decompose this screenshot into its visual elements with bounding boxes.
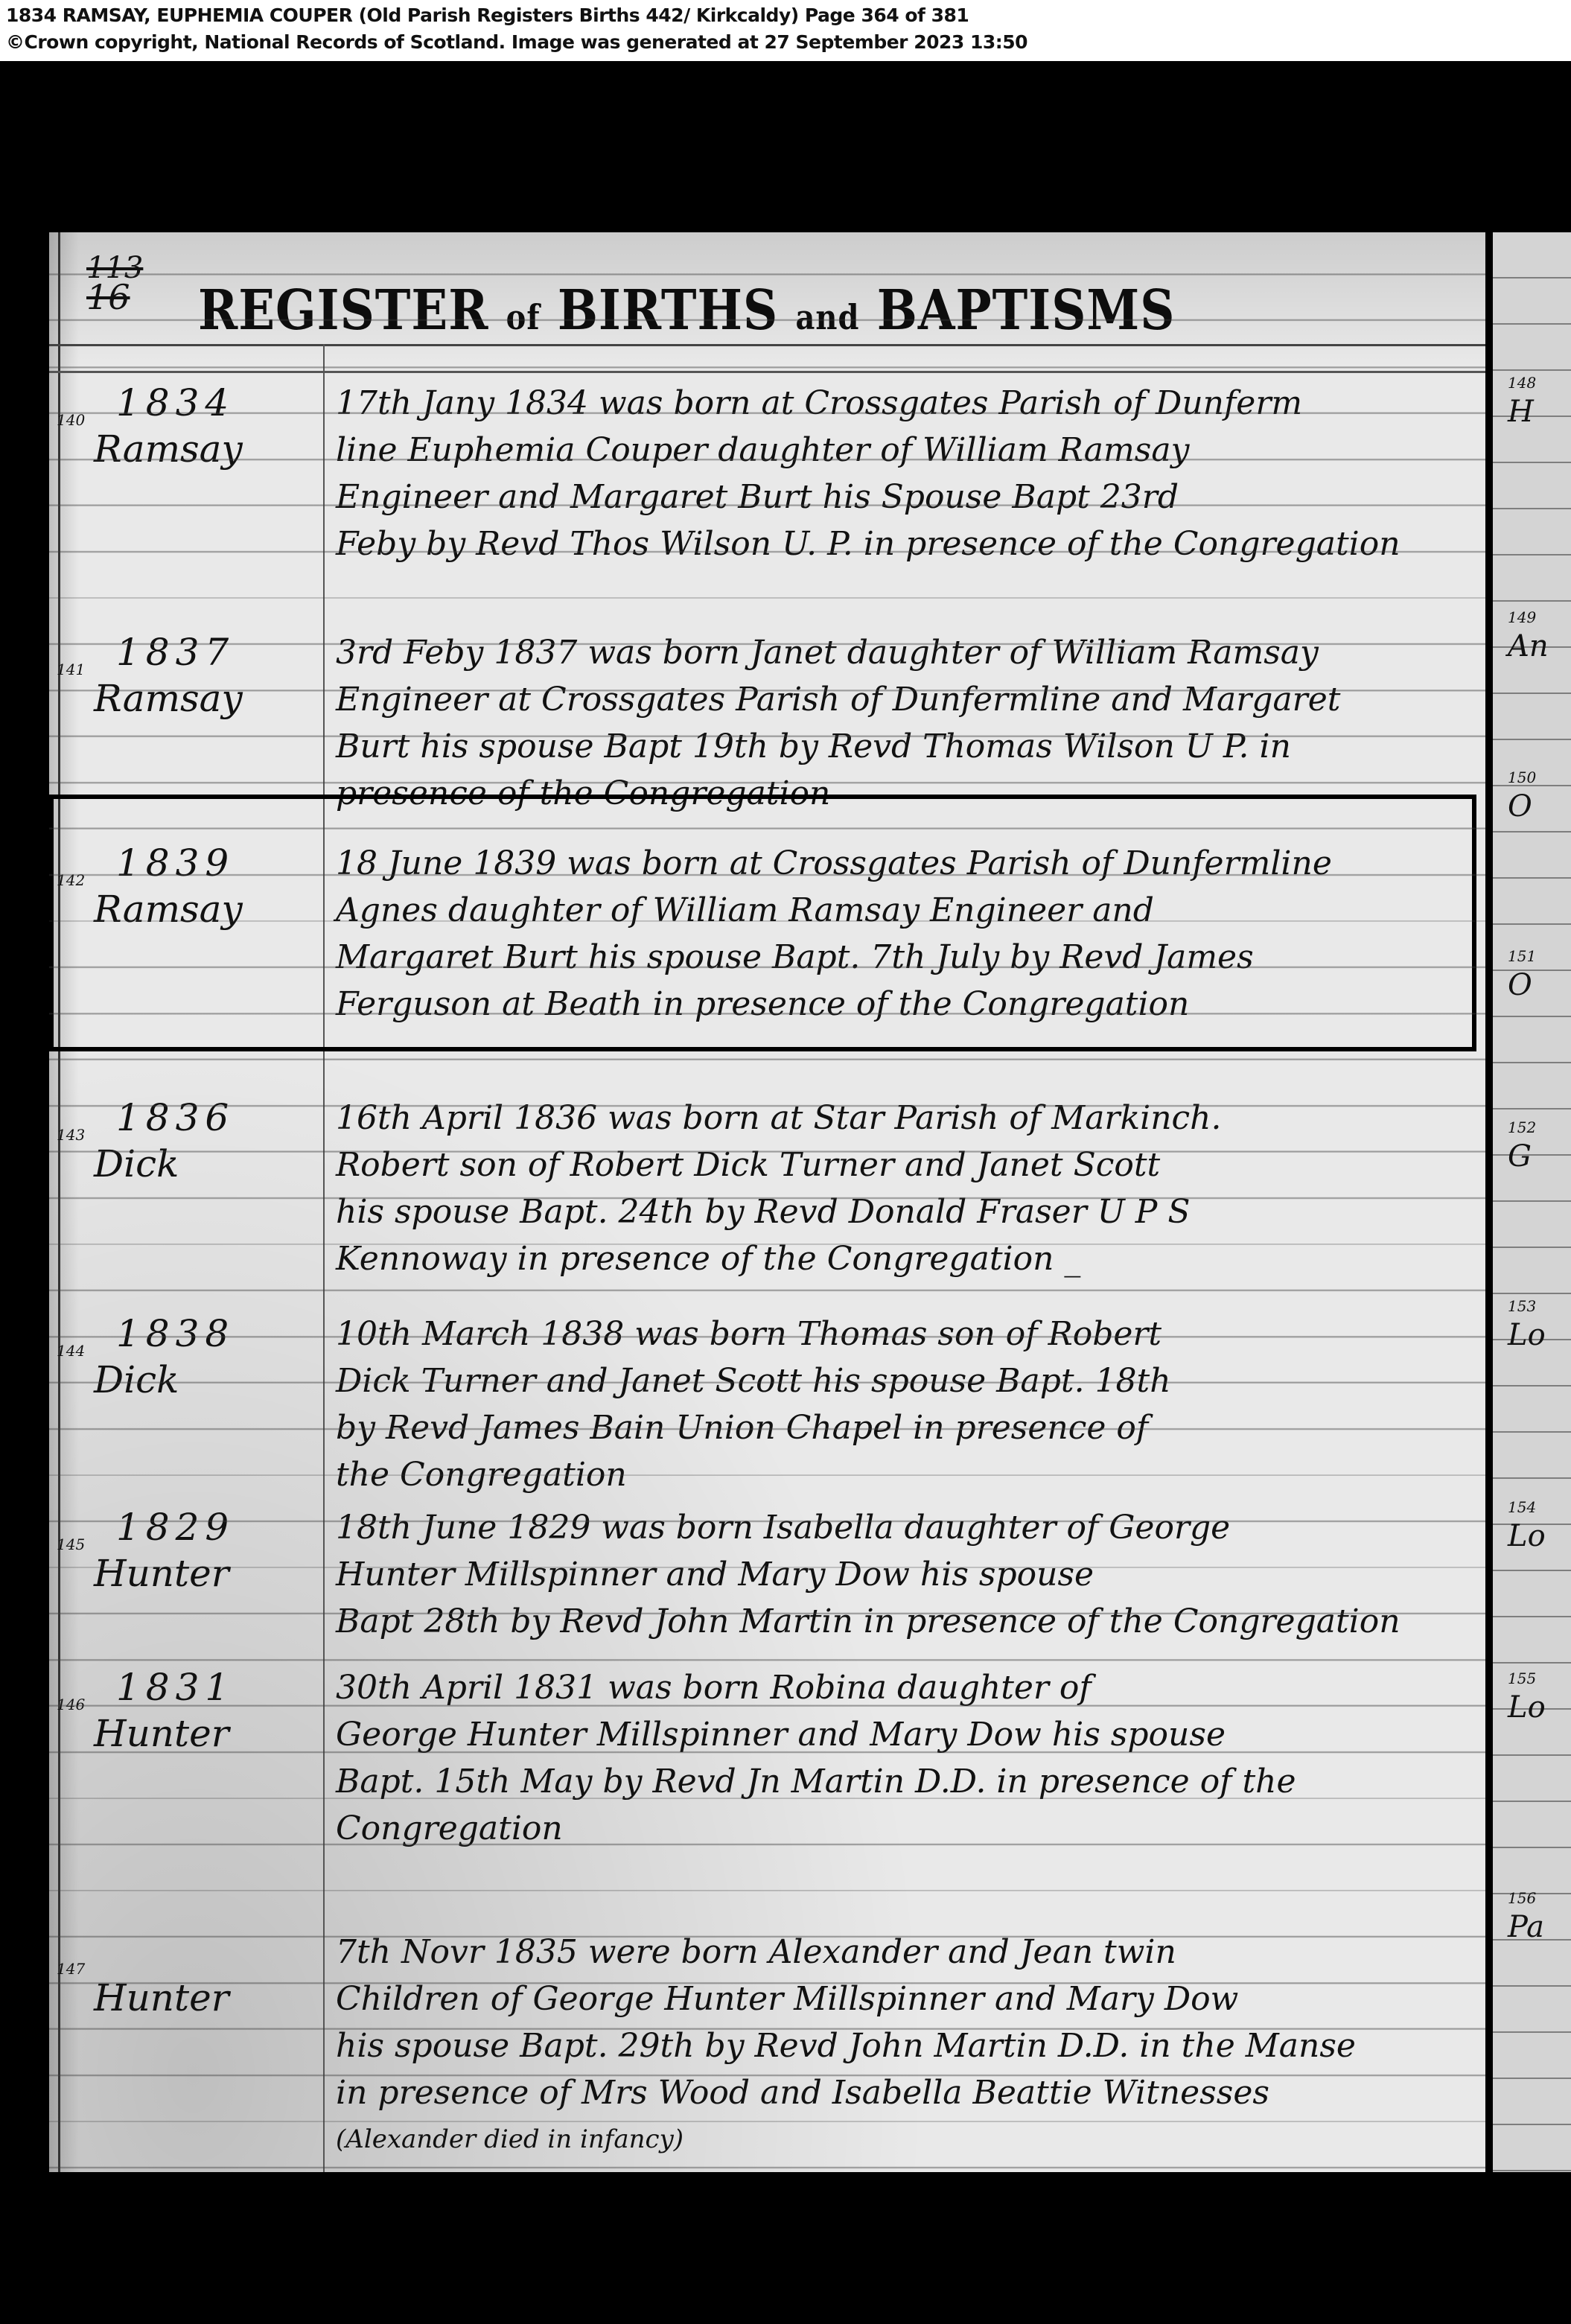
- header-rule: [49, 344, 1490, 346]
- adjacent-entry-surname-fragment: Lo: [1508, 1318, 1546, 1352]
- title-word-register: REGISTER: [198, 278, 488, 343]
- adjacent-entry-number: 149: [1508, 608, 1549, 626]
- entry-line: Kennoway in presence of the Congregation…: [336, 1235, 1475, 1282]
- entry-number: 140: [57, 411, 85, 429]
- record-title: 1834 RAMSAY, EUPHEMIA COUPER (Old Parish…: [6, 4, 969, 26]
- entry-line: Feby by Revd Thos Wilson U. P. in presen…: [336, 520, 1475, 567]
- adjacent-entry-surname-fragment: O: [1508, 968, 1536, 1002]
- entry-line: Bapt 28th by Revd John Martin in presenc…: [336, 1598, 1475, 1645]
- register-page: 113 16 REGISTER of BIRTHS and BAPTISMS 1…: [49, 232, 1490, 2172]
- adjacent-entry: 152G: [1508, 1118, 1536, 1174]
- record-header: 1834 RAMSAY, EUPHEMIA COUPER (Old Parish…: [0, 0, 1571, 61]
- adjacent-entry-number: 156: [1508, 1889, 1544, 1907]
- entry-line: 7th Novr 1835 were born Alexander and Je…: [336, 1929, 1475, 1976]
- entry-line: Hunter Millspinner and Mary Dow his spou…: [336, 1551, 1475, 1598]
- entry-text: 30th April 1831 was born Robina daughter…: [336, 1664, 1475, 1852]
- entry-line: Bapt. 15th May by Revd Jn Martin D.D. in…: [336, 1758, 1475, 1805]
- entry-text: 18th June 1829 was born Isabella daughte…: [336, 1504, 1475, 1645]
- adjacent-entry-number: 148: [1508, 374, 1536, 392]
- adjacent-page: 148H149An150O151O152G153Lo154Lo155Lo156P…: [1493, 232, 1571, 2172]
- entry-line: by Revd James Bain Union Chapel in prese…: [336, 1404, 1475, 1451]
- entry-line: in presence of Mrs Wood and Isabella Bea…: [336, 2069, 1475, 2116]
- entry-line: 10th March 1838 was born Thomas son of R…: [336, 1311, 1475, 1357]
- adjacent-entry: 148H: [1508, 374, 1536, 429]
- entry-line: 18th June 1829 was born Isabella daughte…: [336, 1504, 1475, 1551]
- adjacent-entry-surname-fragment: Lo: [1508, 1519, 1546, 1553]
- entry-year: 1829: [116, 1506, 235, 1549]
- entry-surname: Hunter: [94, 1976, 229, 2019]
- title-word-and: and: [796, 297, 860, 337]
- adjacent-entry: 154Lo: [1508, 1498, 1546, 1553]
- entry-line: Robert son of Robert Dick Turner and Jan…: [336, 1142, 1475, 1188]
- copyright-notice: ©Crown copyright, National Records of Sc…: [6, 31, 1027, 53]
- entry-number: 145: [57, 1535, 85, 1553]
- entry-number: 144: [57, 1342, 85, 1360]
- folio-number: 113 16: [86, 253, 143, 314]
- entry-surname: Ramsay: [94, 677, 243, 720]
- entry-line: the Congregation: [336, 1451, 1475, 1498]
- entry-year: 1837: [116, 631, 235, 674]
- entry-surname: Hunter: [94, 1552, 229, 1595]
- entry-year: 1834: [116, 381, 235, 424]
- entry-line: 16th April 1836 was born at Star Parish …: [336, 1095, 1475, 1142]
- header-rule-secondary: [49, 371, 1490, 373]
- entry-surname: Dick: [94, 1358, 179, 1401]
- page-left-rule: [58, 232, 60, 2172]
- adjacent-entry-number: 150: [1508, 768, 1536, 786]
- highlighted-entry-box: [49, 795, 1476, 1051]
- entry-text: 16th April 1836 was born at Star Parish …: [336, 1095, 1475, 1282]
- entry-line: Engineer and Margaret Burt his Spouse Ba…: [336, 474, 1475, 520]
- adjacent-entry-number: 153: [1508, 1297, 1546, 1315]
- entry-line: Dick Turner and Janet Scott his spouse B…: [336, 1357, 1475, 1404]
- adjacent-entry-number: 151: [1508, 947, 1536, 965]
- entry-surname: Ramsay: [94, 427, 243, 471]
- entry-year: 1836: [116, 1096, 235, 1139]
- entry-text: 10th March 1838 was born Thomas son of R…: [336, 1311, 1475, 1498]
- adjacent-entry-surname-fragment: An: [1508, 629, 1549, 663]
- entry-line: Engineer at Crossgates Parish of Dunferm…: [336, 676, 1475, 723]
- entry-line: Burt his spouse Bapt 19th by Revd Thomas…: [336, 723, 1475, 770]
- entry-note: (Alexander died in infancy): [336, 2116, 1475, 2163]
- entry-surname: Dick: [94, 1142, 179, 1185]
- entry-text: 7th Novr 1835 were born Alexander and Je…: [336, 1929, 1475, 2163]
- page-title: REGISTER of BIRTHS and BAPTISMS: [198, 278, 1175, 343]
- adjacent-entry-surname-fragment: O: [1508, 789, 1536, 824]
- column-divider: [323, 344, 325, 2172]
- entry-number: 147: [57, 1960, 85, 1978]
- adjacent-entry-number: 155: [1508, 1669, 1546, 1687]
- entry-line: 30th April 1831 was born Robina daughter…: [336, 1664, 1475, 1711]
- entry-line: 3rd Feby 1837 was born Janet daughter of…: [336, 629, 1475, 676]
- adjacent-entry: 155Lo: [1508, 1669, 1546, 1725]
- entry-line: line Euphemia Couper daughter of William…: [336, 427, 1475, 474]
- title-word-births: BIRTHS: [558, 278, 778, 343]
- adjacent-entry-number: 154: [1508, 1498, 1546, 1516]
- entry-text: 3rd Feby 1837 was born Janet daughter of…: [336, 629, 1475, 817]
- entry-year: 1838: [116, 1312, 235, 1355]
- entry-line: George Hunter Millspinner and Mary Dow h…: [336, 1711, 1475, 1758]
- adjacent-entry: 151O: [1508, 947, 1536, 1002]
- adjacent-entry-surname-fragment: Lo: [1508, 1690, 1546, 1725]
- adjacent-entry-number: 152: [1508, 1118, 1536, 1136]
- adjacent-entry: 149An: [1508, 608, 1549, 663]
- entry-line: his spouse Bapt. 24th by Revd Donald Fra…: [336, 1188, 1475, 1235]
- title-word-baptisms: BAPTISMS: [877, 278, 1176, 343]
- adjacent-entry: 156Pa: [1508, 1889, 1544, 1944]
- adjacent-entry-surname-fragment: G: [1508, 1139, 1536, 1174]
- entry-number: 146: [57, 1696, 85, 1713]
- entry-text: 17th Jany 1834 was born at Crossgates Pa…: [336, 380, 1475, 567]
- entry-surname: Hunter: [94, 1712, 229, 1755]
- adjacent-entry-surname-fragment: H: [1508, 395, 1536, 429]
- entry-line: 17th Jany 1834 was born at Crossgates Pa…: [336, 380, 1475, 427]
- entry-line: Congregation: [336, 1805, 1475, 1852]
- title-word-of: of: [506, 297, 541, 337]
- entry-line: Children of George Hunter Millspinner an…: [336, 1976, 1475, 2022]
- entry-number: 141: [57, 660, 85, 678]
- adjacent-entry: 150O: [1508, 768, 1536, 824]
- adjacent-entry-surname-fragment: Pa: [1508, 1910, 1544, 1944]
- entry-year: 1831: [116, 1666, 235, 1709]
- entry-line: his spouse Bapt. 29th by Revd John Marti…: [336, 2022, 1475, 2069]
- entry-number: 143: [57, 1126, 85, 1144]
- adjacent-entry: 153Lo: [1508, 1297, 1546, 1352]
